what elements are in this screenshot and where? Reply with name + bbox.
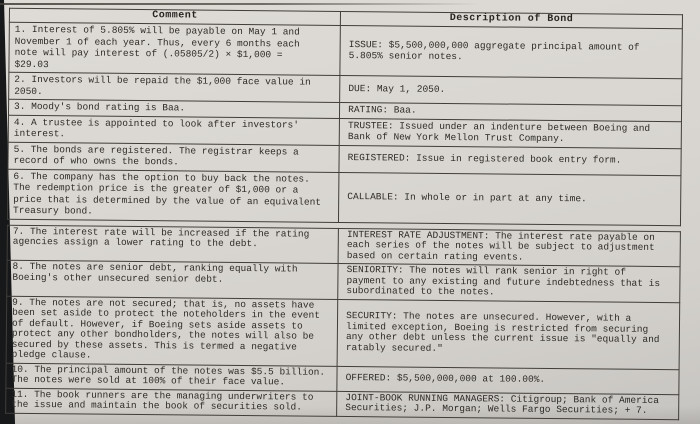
description-cell: JOINT-BOOK RUNNING MANAGERS: Citigroup; …: [337, 391, 679, 419]
comment-cell: 10. The principal amount of the notes wa…: [6, 363, 337, 391]
comment-cell: 6. The company has the option to buy bac…: [7, 169, 339, 222]
description-cell: TRUSTEE: Issued under an indenture betwe…: [339, 118, 681, 148]
description-cell: INTEREST RATE ADJUSTMENT: The interest r…: [338, 228, 680, 267]
comment-cell: 8. The notes are senior debt, ranking eq…: [7, 260, 338, 299]
comment-cell: 9. The notes are not secured; that is, n…: [6, 296, 338, 366]
description-cell: DUE: May 1, 2050.: [340, 75, 682, 105]
description-cell: SENIORITY: The notes will rank senior in…: [338, 263, 680, 302]
description-cell: OFFERED: $5,500,000,000 at 100.00%.: [337, 366, 679, 394]
cropped-rule-above-table: [0, 3, 480, 5]
description-cell: ISSUE: $5,500,000,000 aggregate principa…: [340, 25, 682, 78]
comment-cell: 7. The interest rate will be increased i…: [7, 225, 338, 264]
table-row: 1. Interest of 5.805% will be payable on…: [9, 22, 682, 78]
bond-table-upper-section: Comment Description of Bond 1. Interest …: [7, 8, 683, 226]
comment-cell: 2. Investors will be repaid the $1,000 f…: [9, 72, 340, 102]
comment-cell: 1. Interest of 5.805% will be payable on…: [9, 22, 341, 75]
comment-cell: 4. A trustee is appointed to look after …: [8, 115, 339, 145]
description-cell: REGISTERED: Issue in registered book ent…: [339, 145, 681, 175]
bond-table-lower-section: 7. The interest rate will be increased i…: [5, 224, 681, 419]
bond-description-document: Comment Description of Bond 1. Interest …: [5, 8, 683, 420]
comment-cell: 5. The bonds are registered. The registr…: [8, 142, 339, 172]
description-cell: CALLABLE: In whole or in part at any tim…: [339, 172, 681, 225]
comment-cell: 11. The book runners are the managing un…: [6, 388, 337, 416]
description-cell: SECURITY: The notes are unsecured. Howev…: [337, 299, 680, 369]
table-row: 9. The notes are not secured; that is, n…: [6, 296, 680, 369]
table-row: 6. The company has the option to buy bac…: [7, 169, 680, 225]
